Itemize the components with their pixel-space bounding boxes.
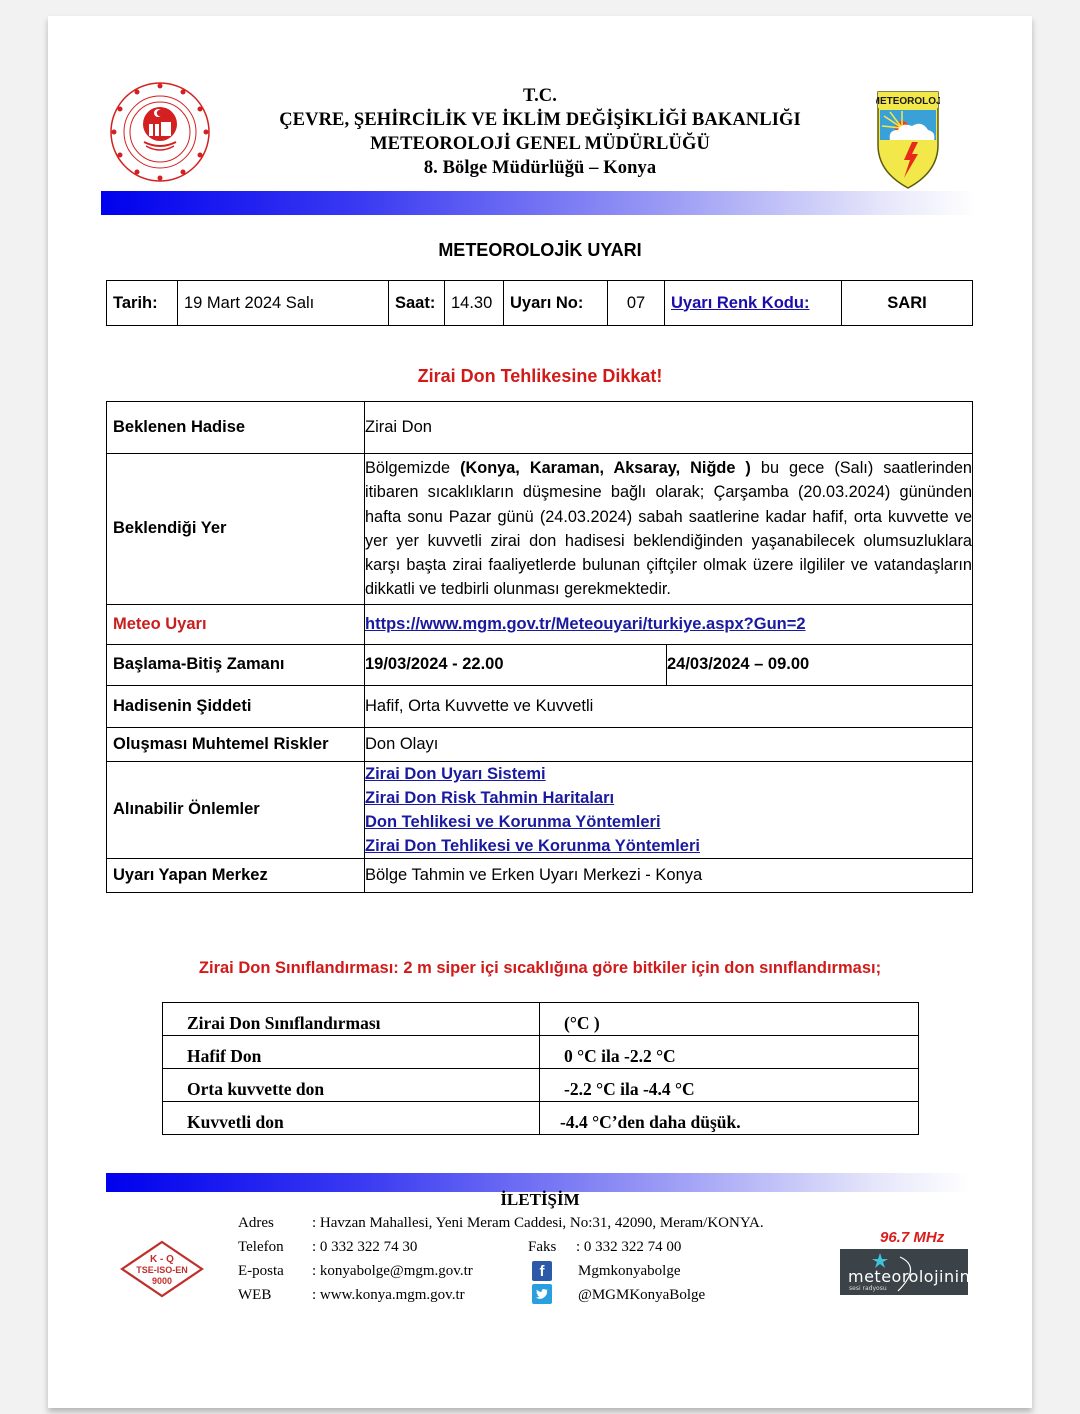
meteo-warning-label: Meteo Uyarı xyxy=(107,604,365,644)
measure-link-frost-protection[interactable]: Don Tehlikesi ve Korunma Yöntemleri xyxy=(365,813,661,831)
classification-title: Zirai Don Sınıflandırması: 2 m siper içi… xyxy=(48,959,1032,978)
table-row: Orta kuvvette don -2.2 °C ila -4.4 °C xyxy=(163,1069,919,1102)
meteorolojinin-radio-logo: meteorolojinin sesi radyosu xyxy=(840,1249,968,1295)
row-class: Hafif Don xyxy=(163,1036,540,1069)
row-range: 0 °C ila -2.2 °C xyxy=(540,1036,919,1069)
twitter-icon[interactable] xyxy=(532,1284,552,1304)
severity-label: Hadisenin Şiddeti xyxy=(107,685,365,727)
page-title: METEOROLOJİK UYARI xyxy=(48,240,1032,261)
color-code-link[interactable]: Uyarı Renk Kodu: xyxy=(671,294,809,312)
center-value: Bölge Tahmin ve Erken Uyarı Merkezi - Ko… xyxy=(365,858,973,892)
svg-text:TSE-ISO-EN: TSE-ISO-EN xyxy=(136,1265,188,1275)
svg-text:K - Q: K - Q xyxy=(150,1254,174,1265)
row-class: Orta kuvvette don xyxy=(163,1069,540,1102)
twitter-handle[interactable]: @MGMKonyaBolge xyxy=(578,1283,705,1307)
time-label: Saat: xyxy=(389,281,445,326)
table-row: Hafif Don 0 °C ila -2.2 °C xyxy=(163,1036,919,1069)
severity-value: Hafif, Orta Kuvvette ve Kuvvetli xyxy=(365,685,973,727)
contact-labels: Adres Telefon E-posta WEB xyxy=(238,1211,284,1307)
frost-classification-table: Zirai Don Sınıflandırması (°C ) Hafif Do… xyxy=(162,1002,919,1135)
address-label: Adres xyxy=(238,1211,284,1235)
web-label: WEB xyxy=(238,1283,284,1307)
expected-event-label: Beklenen Hadise xyxy=(107,402,365,454)
svg-text:METEOROLOJi: METEOROLOJi xyxy=(876,96,940,107)
expected-place-label: Beklendiği Yer xyxy=(107,454,365,605)
email-label: E-posta xyxy=(238,1259,284,1283)
svg-text:9000: 9000 xyxy=(152,1276,172,1286)
row-range: -2.2 °C ila -4.4 °C xyxy=(540,1069,919,1102)
end-time-value: 24/03/2024 – 09.00 xyxy=(667,644,973,685)
warning-info-table: Tarih: 19 Mart 2024 Salı Saat: 14.30 Uya… xyxy=(106,280,973,326)
address-value: : Havzan Mahallesi, Yeni Meram Caddesi, … xyxy=(312,1211,764,1235)
meteo-warning-link[interactable]: https://www.mgm.gov.tr/Meteouyari/turkiy… xyxy=(365,615,806,633)
fax-label: Faks xyxy=(528,1235,556,1259)
radio-frequency: 96.7 MHz xyxy=(880,1229,944,1246)
expected-place-text-post: bu gece (Salı) saatlerinden itibaren sıc… xyxy=(365,459,972,598)
warning-details-table: Beklenen Hadise Zirai Don Beklendiği Yer… xyxy=(106,401,973,893)
alert-title: Zirai Don Tehlikesine Dikkat! xyxy=(48,366,1032,387)
measures-label: Alınabilir Önlemler xyxy=(107,761,365,858)
table-header-row: Zirai Don Sınıflandırması (°C ) xyxy=(163,1003,919,1036)
measure-link-frost-risk-maps[interactable]: Zirai Don Risk Tahmin Haritaları xyxy=(365,789,614,807)
expected-place-value: Bölgemizde (Konya, Karaman, Aksaray, Niğ… xyxy=(365,454,973,605)
risks-value: Don Olayı xyxy=(365,727,973,761)
radio-name: meteorolojinin xyxy=(848,1267,970,1286)
start-end-label: Başlama-Bitiş Zamanı xyxy=(107,644,365,685)
contact-title: İLETİŞİM xyxy=(48,1190,1032,1210)
phone-label: Telefon xyxy=(238,1235,284,1259)
date-label: Tarih: xyxy=(107,281,178,326)
measures-links: Zirai Don Uyarı Sistemi Zirai Don Risk T… xyxy=(365,761,973,858)
expected-place-provinces: (Konya, Karaman, Aksaray, Niğde ) xyxy=(460,459,751,477)
table-row: Kuvvetli don -4.4 °C’den daha düşük. xyxy=(163,1102,919,1135)
time-value: 14.30 xyxy=(445,281,504,326)
radio-subtitle: sesi radyosu xyxy=(849,1285,887,1292)
measure-link-frost-warning-system[interactable]: Zirai Don Uyarı Sistemi xyxy=(365,765,546,783)
measure-link-agri-frost-protection[interactable]: Zirai Don Tehlikesi ve Korunma Yöntemler… xyxy=(365,837,700,855)
row-range: -4.4 °C’den daha düşük. xyxy=(540,1102,919,1135)
meteoroloji-shield-logo: METEOROLOJi xyxy=(876,90,940,190)
header-unit: (°C ) xyxy=(540,1003,919,1036)
warning-number-label: Uyarı No: xyxy=(504,281,608,326)
header-gradient-bar xyxy=(101,191,977,215)
start-time-value: 19/03/2024 - 22.00 xyxy=(365,644,667,685)
facebook-handle[interactable]: Mgmkonyabolge xyxy=(578,1259,681,1283)
warning-number-value: 07 xyxy=(608,281,665,326)
header-classification: Zirai Don Sınıflandırması xyxy=(163,1003,540,1036)
expected-event-value: Zirai Don xyxy=(365,402,973,454)
expected-place-text-pre: Bölgemizde xyxy=(365,459,460,477)
facebook-icon[interactable]: f xyxy=(532,1261,552,1281)
tse-iso-quality-badge: K - Q TSE-ISO-EN 9000 xyxy=(120,1240,204,1298)
document-page: T.C. ÇEVRE, ŞEHİRCİLİK VE İKLİM DEĞİŞİKL… xyxy=(48,16,1032,1408)
row-class: Kuvvetli don xyxy=(163,1102,540,1135)
color-code-value: SARI xyxy=(842,281,973,326)
date-value: 19 Mart 2024 Salı xyxy=(178,281,389,326)
fax-value: : 0 332 322 74 00 xyxy=(576,1235,681,1259)
center-label: Uyarı Yapan Merkez xyxy=(107,858,365,892)
risks-label: Oluşması Muhtemel Riskler xyxy=(107,727,365,761)
